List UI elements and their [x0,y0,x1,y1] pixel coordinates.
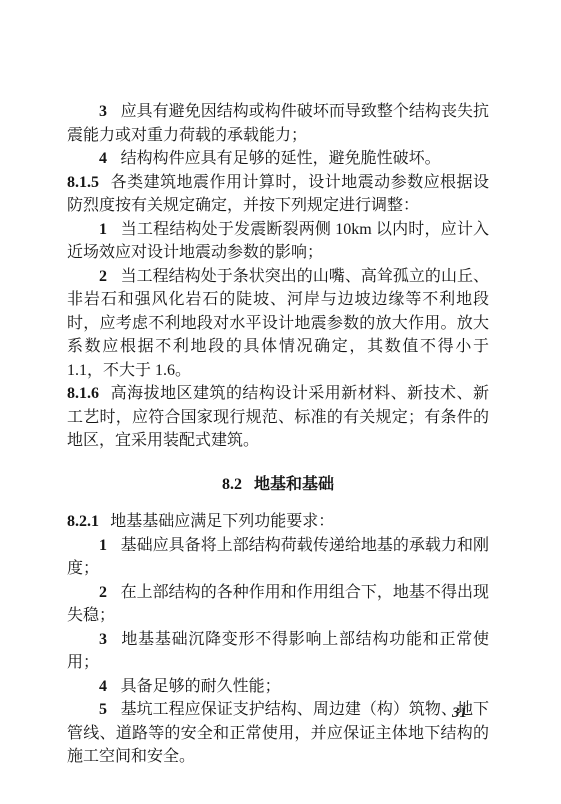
item-number: 2 [99,268,107,285]
item-number: 4 [99,150,107,167]
item-text: 基坑工程应保证支护结构、周边建（构）筑物、地下管线、道路等的安全和正常使用，并应… [67,701,489,765]
item-text: 在上部结构的各种作用和作用组合下，地基不得出现失稳； [67,584,489,625]
list-item: 3应具有避免因结构或构件破坏而导致整个结构丧失抗震能力或对重力荷载的承载能力； [67,100,489,147]
item-number: 1 [99,537,107,554]
item-text: 地基基础沉降变形不得影响上部结构功能和正常使用； [67,631,489,672]
clause-paragraph: 8.1.6高海拔地区建筑的结构设计采用新材料、新技术、新工艺时，应符合国家现行规… [67,382,489,453]
list-item: 5基坑工程应保证支护结构、周边建（构）筑物、地下管线、道路等的安全和正常使用，并… [67,698,489,769]
item-text: 当工程结构处于条状突出的山嘴、高耸孤立的山丘、非岩石和强风化岩石的陡坡、河岸与边… [67,268,489,379]
list-item: 2在上部结构的各种作用和作用组合下，地基不得出现失稳； [67,581,489,628]
item-number: 4 [99,678,107,695]
clause-number: 8.2.1 [67,513,99,530]
clause-text: 各类建筑地震作用计算时，设计地震动参数应根据设防烈度按有关规定确定，并按下列规定… [67,174,489,215]
section-heading: 8.2地基和基础 [67,473,489,497]
list-item: 4结构构件应具有足够的延性，避免脆性破坏。 [67,147,489,171]
document-page: 3应具有避免因结构或构件破坏而导致整个结构丧失抗震能力或对重力荷载的承载能力； … [0,0,561,804]
page-number: 31 [452,702,467,724]
item-number: 2 [99,584,107,601]
clause-paragraph: 8.2.1地基基础应满足下列功能要求： [67,510,489,534]
item-number: 3 [99,103,107,120]
clause-number: 8.1.5 [67,174,99,191]
list-item: 1基础应具备将上部结构荷载传递给地基的承载力和刚度； [67,534,489,581]
item-text: 应具有避免因结构或构件破坏而导致整个结构丧失抗震能力或对重力荷载的承载能力； [67,103,489,144]
item-text: 具备足够的耐久性能； [121,678,281,695]
item-number: 1 [99,221,107,238]
clause-number: 8.1.6 [67,385,99,402]
list-item: 2当工程结构处于条状突出的山嘴、高耸孤立的山丘、非岩石和强风化岩石的陡坡、河岸与… [67,265,489,383]
text-block: 3应具有避免因结构或构件破坏而导致整个结构丧失抗震能力或对重力荷载的承载能力； … [67,100,489,769]
section-title: 地基和基础 [254,476,334,493]
item-text: 基础应具备将上部结构荷载传递给地基的承载力和刚度； [67,537,489,578]
list-item: 4具备足够的耐久性能； [67,675,489,699]
item-number: 3 [99,631,107,648]
list-item: 1当工程结构处于发震断裂两侧 10km 以内时，应计入近场效应对设计地震动参数的… [67,218,489,265]
item-text: 当工程结构处于发震断裂两侧 10km 以内时，应计入近场效应对设计地震动参数的影… [67,221,489,262]
section-number: 8.2 [222,476,242,493]
item-text: 结构构件应具有足够的延性，避免脆性破坏。 [121,150,441,167]
list-item: 3地基基础沉降变形不得影响上部结构功能和正常使用； [67,628,489,675]
clause-text: 高海拔地区建筑的结构设计采用新材料、新技术、新工艺时，应符合国家现行规范、标准的… [67,385,489,449]
item-number: 5 [99,701,107,718]
clause-paragraph: 8.1.5各类建筑地震作用计算时，设计地震动参数应根据设防烈度按有关规定确定，并… [67,171,489,218]
clause-text: 地基基础应满足下列功能要求： [110,513,334,530]
